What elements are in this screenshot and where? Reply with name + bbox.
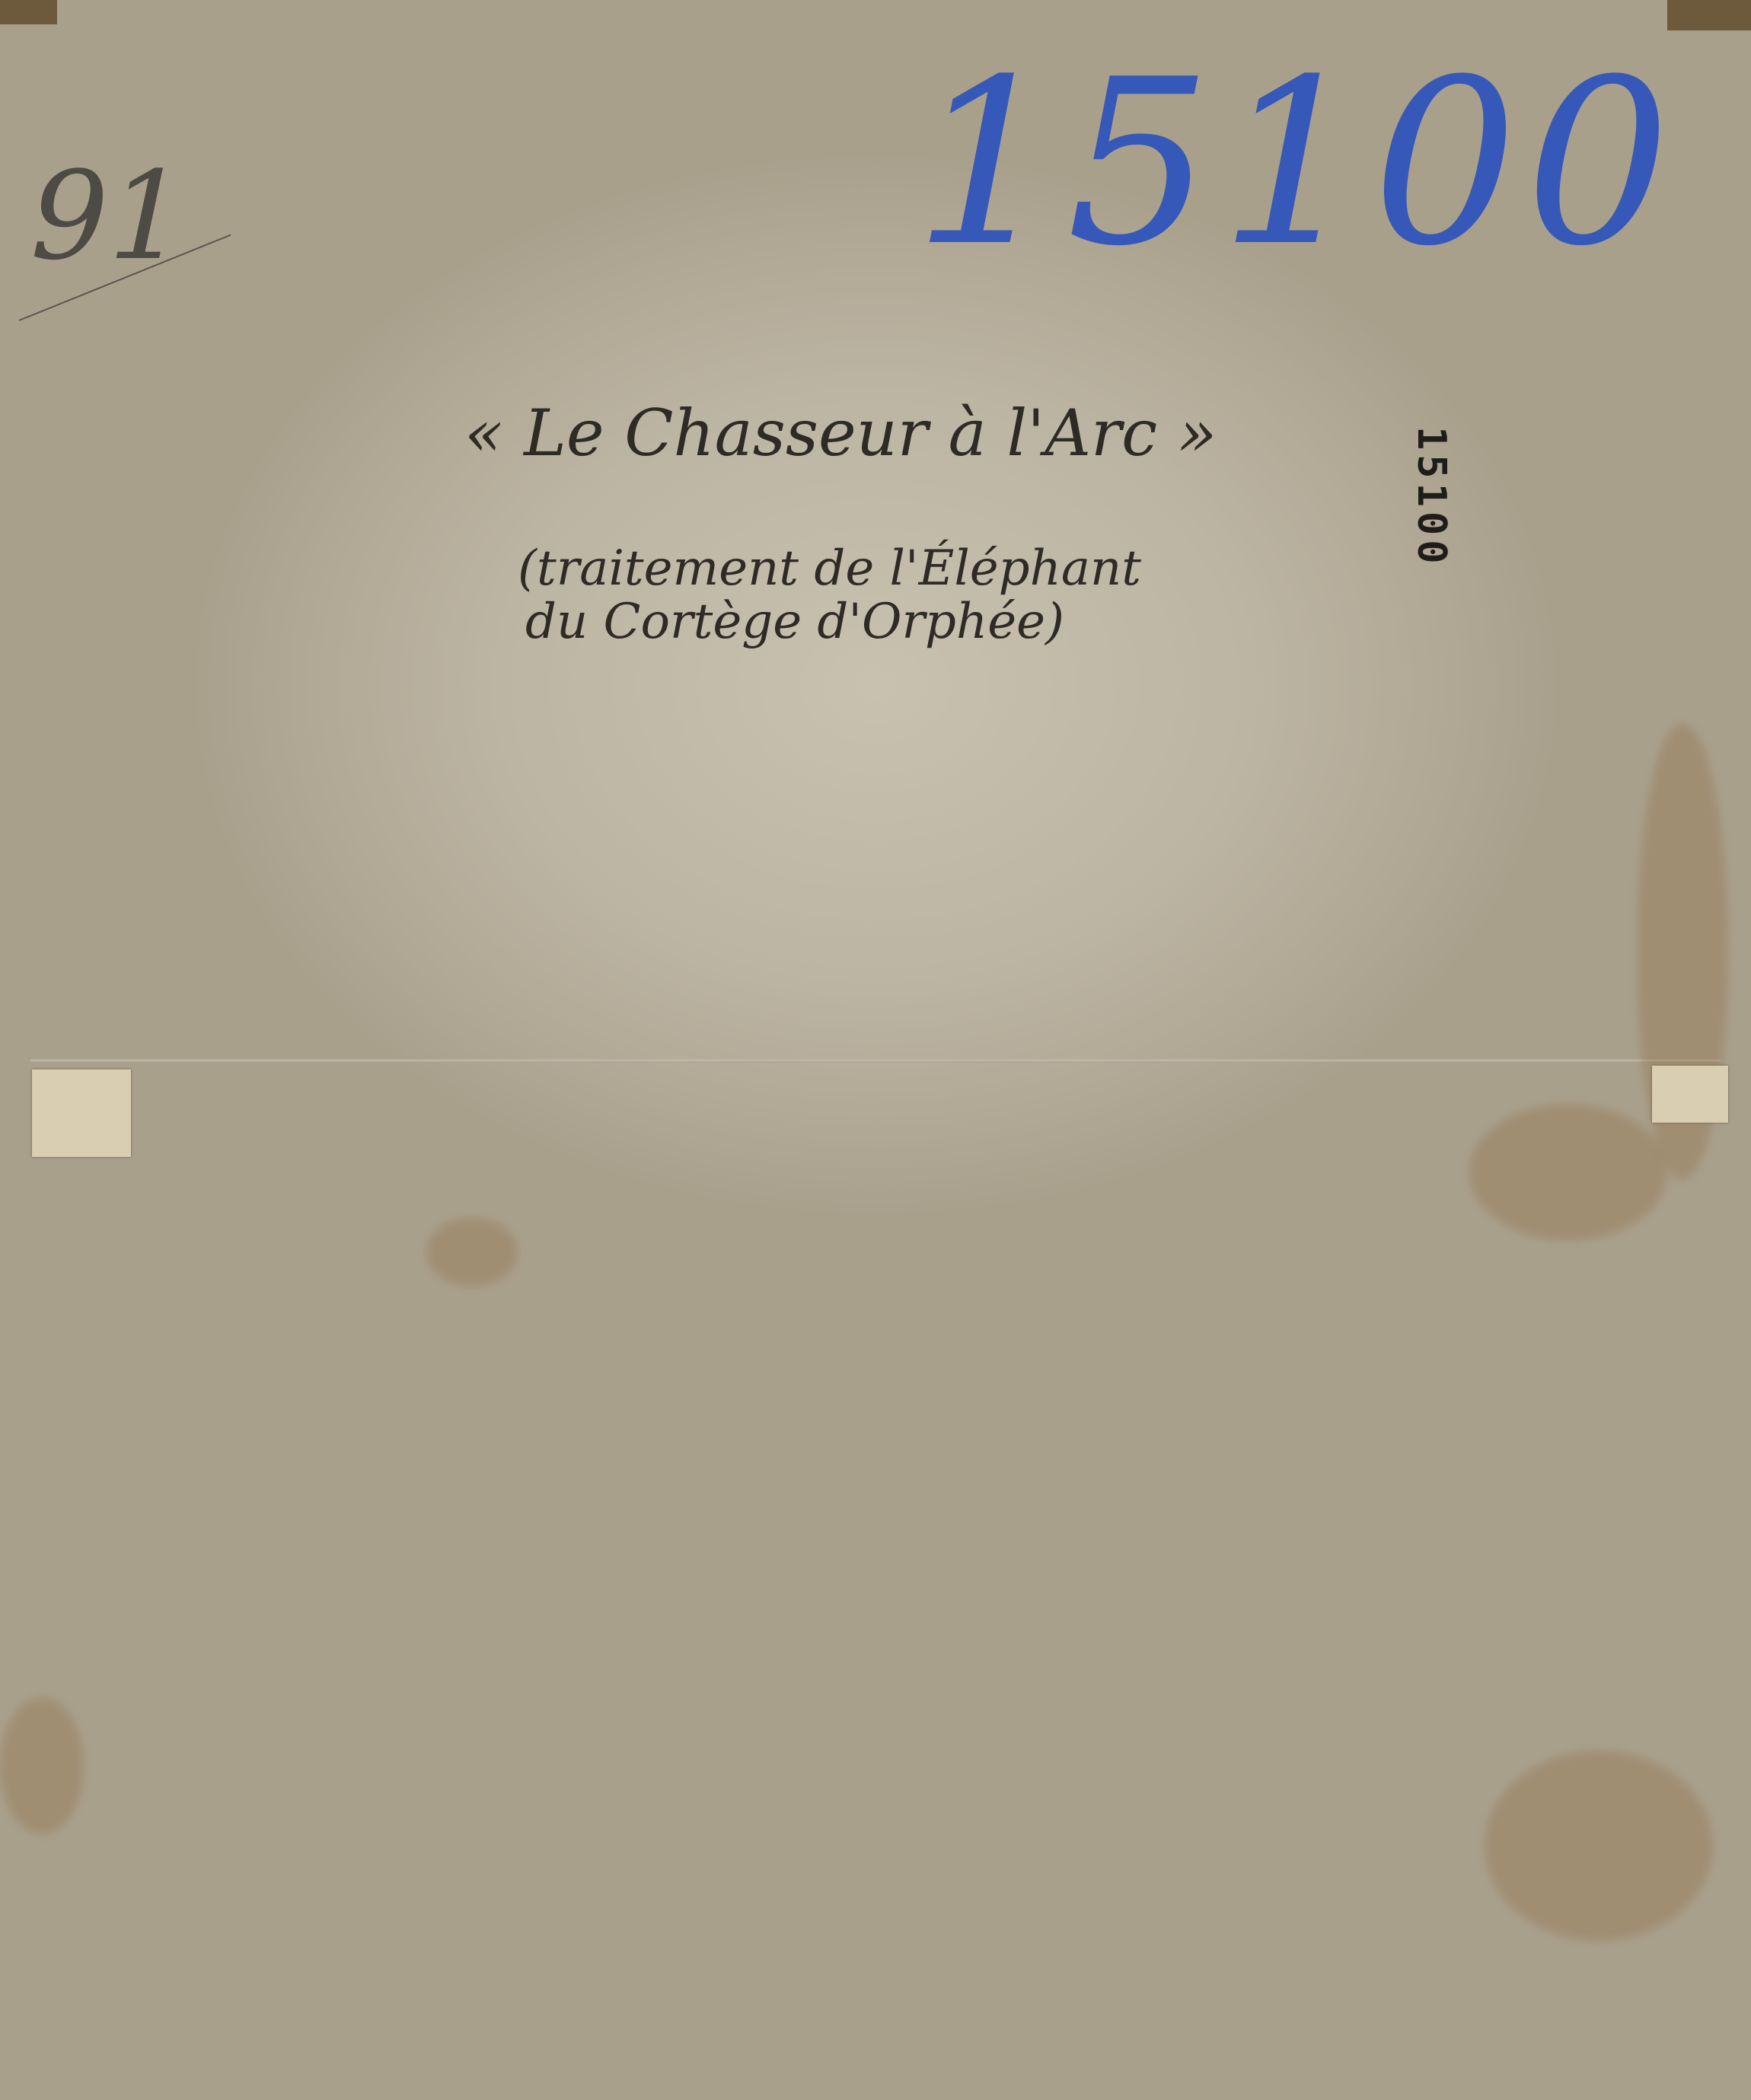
note-line-1: (traitement de l'Éléphant (518, 540, 1141, 597)
foxing-stain (426, 1218, 518, 1286)
artwork-title: « Le Chasseur à l'Arc » (464, 396, 1217, 470)
paper-sheet: 91 15100 « Le Chasseur à l'Arc » (traite… (0, 0, 1751, 2100)
corner-mount (1667, 0, 1751, 30)
hinge-tab-left (32, 1069, 131, 1157)
pencil-number: 91 (15, 145, 200, 287)
note-line-2: du Cortège d'Orphée) (525, 594, 1064, 650)
fold-line (30, 1060, 1721, 1063)
hinge-tab-right (1652, 1066, 1728, 1123)
foxing-stain (1485, 1751, 1713, 1941)
foxing-stain (0, 1697, 84, 1834)
inventory-stamp: 15100 (1408, 426, 1454, 569)
blue-crayon-number: 15100 (914, 30, 1678, 296)
corner-mount (0, 0, 57, 24)
foxing-stain (1469, 1104, 1667, 1241)
